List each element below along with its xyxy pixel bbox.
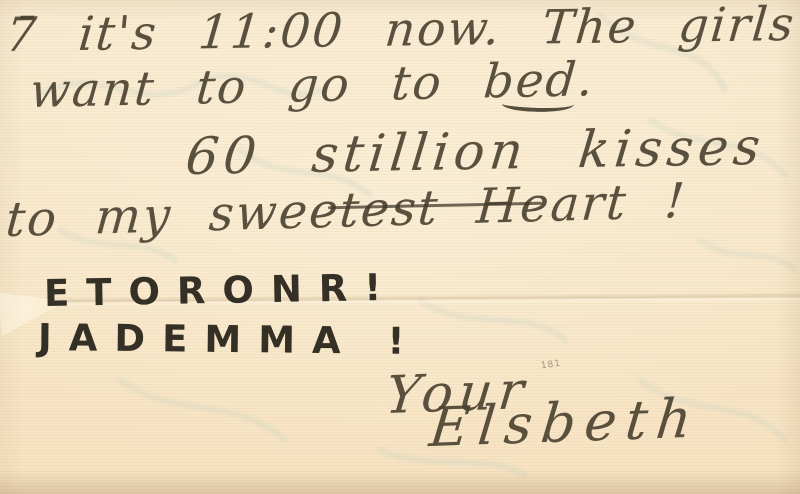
letter-line-go-to-bed: want to go to bed. <box>28 52 597 119</box>
letter-line-code-word-1: ETORONR! <box>44 266 399 315</box>
letter-line-code-word-2: JADEMMA ! <box>38 316 422 363</box>
faint-pencil-mark: 181 <box>540 359 561 372</box>
handwritten-letter-scan: 7̄ it's 11:00 now. The girls want to go … <box>0 0 800 494</box>
letter-line-sweetest-heart: to my sweetest Heart ! <box>4 173 688 248</box>
letter-line-time-girls: 7̄ it's 11:00 now. The girls <box>3 0 797 63</box>
signature-name-elsbeth: Elsbeth <box>427 386 704 459</box>
